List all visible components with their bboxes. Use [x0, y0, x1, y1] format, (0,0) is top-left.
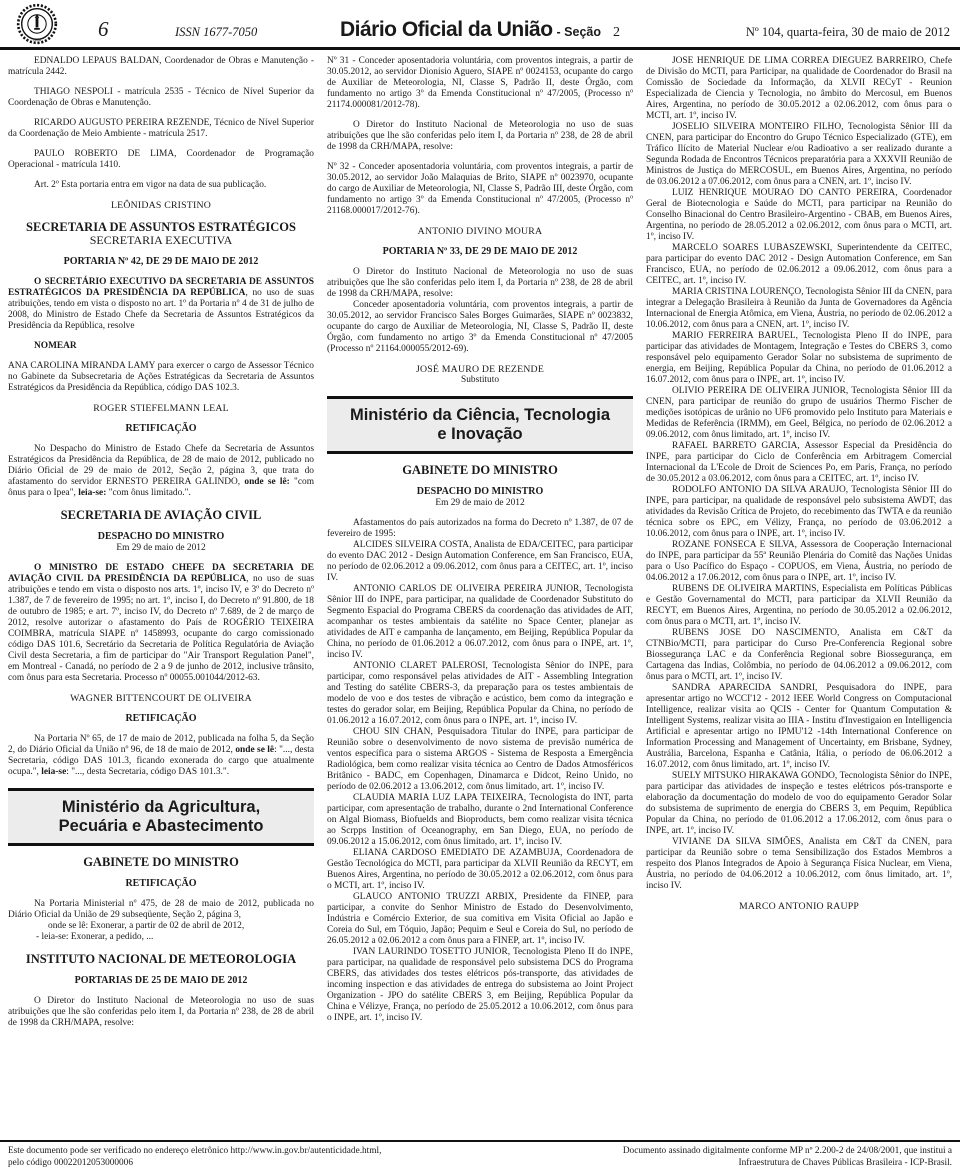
section-label: - Seção: [557, 25, 601, 39]
act-heading: PORTARIA Nº 42, DE 29 DE MAIO DE 2012: [8, 256, 314, 268]
correction-line: onde se lê: Exonerar, a partir de 02 de …: [8, 921, 314, 932]
paragraph: O Diretor do Instituto Nacional de Meteo…: [327, 267, 633, 300]
paragraph: ALCIDES SILVEIRA COSTA, Analista de EDA/…: [327, 540, 633, 584]
paragraph: PAULO ROBERTO DE LIMA, Coordenador de Pr…: [8, 149, 314, 171]
signature: JOSÉ MAURO DE REZENDE: [327, 364, 633, 375]
section-heading: INSTITUTO NACIONAL DE METEOROLOGIA: [8, 952, 314, 966]
act-date: Em 29 de maio de 2012: [327, 498, 633, 509]
correction-line: - leia-se: Exonerar, a pedido, ...: [8, 932, 314, 943]
paragraph: O Diretor do Instituto Nacional de Meteo…: [8, 996, 314, 1029]
paragraph: ANA CAROLINA MIRANDA LAMY para exercer o…: [8, 361, 314, 394]
paragraph: RAFAEL BARRETO GARCIA, Assessor Especial…: [646, 441, 952, 485]
paragraph: RUBENS JOSE DO NASCIMENTO, Analista em C…: [646, 628, 952, 683]
paragraph: OLIVIO PEREIRA DE OLIVEIRA JUNIOR, Tecno…: [646, 386, 952, 441]
paragraph: Na Portaria Nº 65, de 17 de maio de 2012…: [8, 734, 314, 778]
content-area: EDNALDO LEPAUS BALDAN, Coordenador de Ob…: [8, 56, 952, 1139]
act-heading: PORTARIAS DE 25 DE MAIO DE 2012: [8, 975, 314, 987]
act-heading: RETIFICAÇÃO: [8, 878, 314, 890]
section-heading: GABINETE DO MINISTRO: [327, 463, 633, 477]
paragraph: ELIANA CARDOSO EMEDIATO DE AZAMBUJA, Coo…: [327, 848, 633, 892]
paragraph: MARIO FERREIRA BARUEL, Tecnologista Plen…: [646, 331, 952, 386]
signature: MARCO ANTONIO RAUPP: [646, 901, 952, 912]
paragraph: MARIA CRISTINA LOURENÇO, Tecnologista Sê…: [646, 287, 952, 331]
masthead-rule: [0, 47, 960, 50]
masthead: 1808 6 ISSN 1677-7050 Diário Oficial da …: [0, 0, 960, 46]
signature-line1: Documento assinado digitalmente conforme…: [623, 1145, 952, 1157]
paragraph: THIAGO NESPOLI - matrícula 2535 - Técnic…: [8, 87, 314, 109]
paragraph: RICARDO AUGUSTO PEREIRA REZENDE, Técnico…: [8, 118, 314, 140]
signature: ANTONIO DIVINO MOURA: [327, 226, 633, 237]
paragraph: O MINISTRO DE ESTADO CHEFE DA SECRETARIA…: [8, 563, 314, 684]
paragraph: LUIZ HENRIQUE MOURAO DO CANTO PEREIRA, C…: [646, 188, 952, 243]
paragraph: Afastamentos do país autorizados na form…: [327, 518, 633, 540]
paragraph: IVAN LAURINDO TOSETTO JUNIOR, Tecnologis…: [327, 947, 633, 1024]
paragraph: EDNALDO LEPAUS BALDAN, Coordenador de Ob…: [8, 56, 314, 78]
signature-role: Substituto: [327, 375, 633, 386]
signature: LEÔNIDAS CRISTINO: [8, 200, 314, 211]
paragraph: JOSELIO SILVEIRA MONTEIRO FILHO, Tecnolo…: [646, 122, 952, 188]
section-subheading: SECRETARIA EXECUTIVA: [8, 234, 314, 247]
paragraph: Nº 31 - Conceder aposentadoria voluntári…: [327, 56, 633, 111]
paragraph: O Diretor do Instituto Nacional de Meteo…: [327, 120, 633, 153]
paragraph: VIVIANE DA SILVA SIMÕES, Analista em C&T…: [646, 837, 952, 892]
paragraph: ANTONIO CLARET PALEROSI, Tecnologista Sê…: [327, 661, 633, 727]
act-heading: RETIFICAÇÃO: [8, 423, 314, 435]
paragraph: Conceder aposentadoria voluntária, com p…: [327, 300, 633, 355]
section-heading: SECRETARIA DE AVIAÇÃO CIVIL: [8, 508, 314, 522]
paragraph: RUBENS DE OLIVEIRA MARTINS, Especialista…: [646, 584, 952, 628]
paragraph: NOMEAR: [8, 341, 314, 352]
edition-info: Nº 104, quarta-feira, 30 de maio de 2012: [746, 25, 950, 40]
signature: WAGNER BITTENCOURT DE OLIVEIRA: [8, 693, 314, 704]
paragraph: MARCELO SOARES LUBASZEWSKI, Superintende…: [646, 243, 952, 287]
column-2: Nº 31 - Conceder aposentadoria voluntári…: [327, 56, 633, 1139]
act-heading: PORTARIA Nº 33, DE 29 DE MAIO DE 2012: [327, 246, 633, 258]
act-heading: RETIFICAÇÃO: [8, 713, 314, 725]
signature: ROGER STIEFELMANN LEAL: [8, 403, 314, 414]
column-3: JOSE HENRIQUE DE LIMA CORREA DIEGUEZ BAR…: [646, 56, 952, 1139]
verification-line1: Este documento pode ser verificado no en…: [8, 1145, 381, 1157]
column-1: EDNALDO LEPAUS BALDAN, Coordenador de Ob…: [8, 56, 314, 1139]
page-footer: Este documento pode ser verificado no en…: [0, 1140, 960, 1173]
ministry-banner-ciencia: Ministério da Ciência, Tecnologia e Inov…: [327, 396, 633, 454]
paragraph: Art. 2º Esta portaria entra em vigor na …: [8, 180, 314, 191]
paragraph: SUELY MITSUKO HIRAKAWA GONDO, Tecnologis…: [646, 771, 952, 837]
act-heading: DESPACHO DO MINISTRO: [327, 486, 633, 498]
section-heading: GABINETE DO MINISTRO: [8, 855, 314, 869]
paragraph: O SECRETÁRIO EXECUTIVO DA SECRETARIA DE …: [8, 277, 314, 332]
paragraph: CHOU SIN CHAN, Pesquisadora Titular do I…: [327, 727, 633, 793]
paragraph: ANTONIO CARLOS DE OLIVEIRA PEREIRA JUNIO…: [327, 584, 633, 661]
verification-line2: pelo código 00022012053000006: [8, 1157, 381, 1169]
section-heading: SECRETARIA DE ASSUNTOS ESTRATÉGICOS: [8, 220, 314, 234]
paragraph: ROZANE FONSECA E SILVA, Assessora de Coo…: [646, 540, 952, 584]
paragraph: RODOLFO ANTONIO DA SILVA ARAUJO, Tecnolo…: [646, 485, 952, 540]
paragraph: GLAUCO ANTONIO TRUZZI ARBIX, Presidente …: [327, 892, 633, 947]
paragraph: JOSE HENRIQUE DE LIMA CORREA DIEGUEZ BAR…: [646, 56, 952, 122]
section-number: 2: [605, 25, 620, 40]
paragraph: CLAUDIA MARIA LUZ LAPA TEIXEIRA, Tecnolo…: [327, 793, 633, 848]
signature-note: Documento assinado digitalmente conforme…: [623, 1145, 952, 1169]
paragraph: No Despacho do Ministro de Estado Chefe …: [8, 444, 314, 499]
paragraph: Na Portaria Ministerial nº 475, de 28 de…: [8, 899, 314, 921]
act-date: Em 29 de maio de 2012: [8, 543, 314, 554]
act-heading: DESPACHO DO MINISTRO: [8, 531, 314, 543]
gazette-page: 1808 6 ISSN 1677-7050 Diário Oficial da …: [0, 0, 960, 1173]
verification-note: Este documento pode ser verificado no en…: [8, 1145, 381, 1169]
paragraph: Nº 32 - Conceder aposentadoria voluntári…: [327, 162, 633, 217]
gazette-title: Diário Oficial da União: [340, 18, 553, 41]
ministry-banner-agricultura: Ministério da Agricultura, Pecuária e Ab…: [8, 788, 314, 846]
paragraph: SANDRA APARECIDA SANDRI, Pesquisadora do…: [646, 683, 952, 771]
signature-line2: Infraestrutura de Chaves Públicas Brasil…: [623, 1157, 952, 1169]
